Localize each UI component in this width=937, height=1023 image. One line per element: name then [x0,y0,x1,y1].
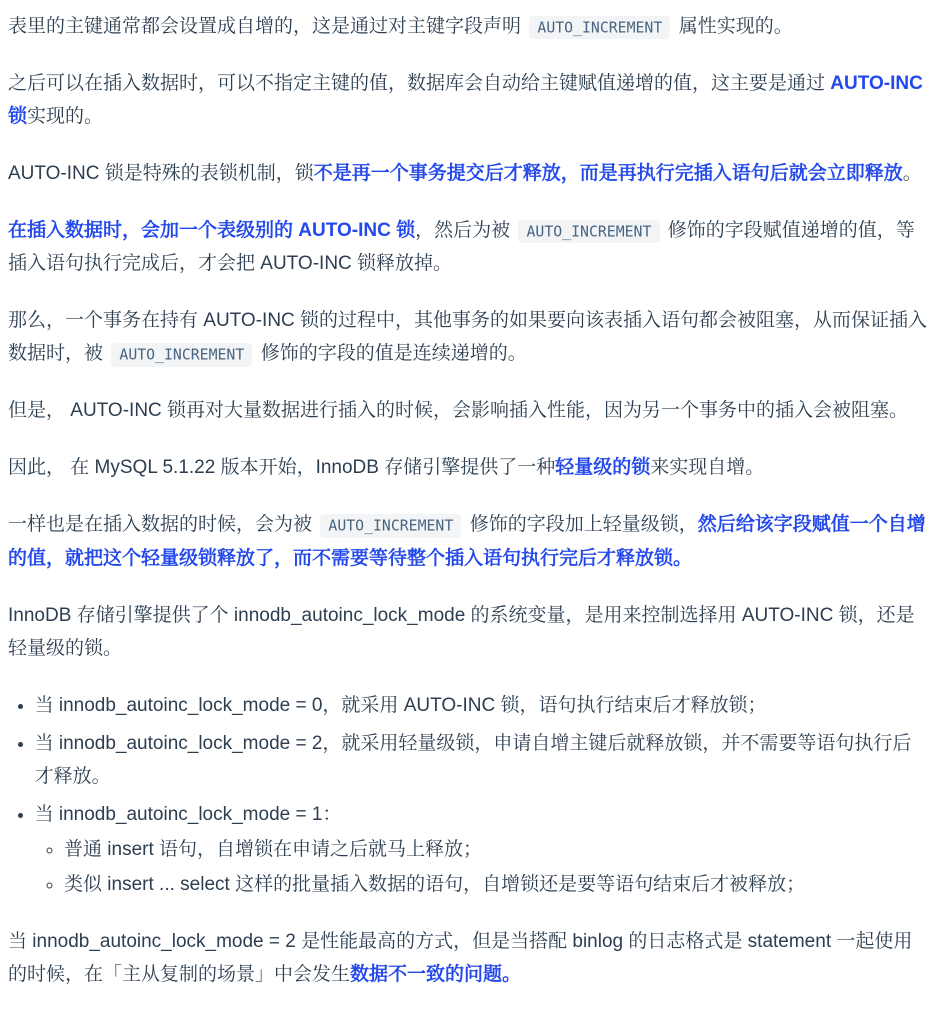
paragraph: 但是， AUTO-INC 锁再对大量数据进行插入的时候，会影响插入性能，因为另一… [8,394,929,427]
bullet-list: 当 innodb_autoinc_lock_mode = 0，就采用 AUTO-… [8,689,929,901]
paragraph: 因此， 在 MySQL 5.1.22 版本开始，InnoDB 存储引擎提供了一种… [8,451,929,484]
paragraph: 那么，一个事务在持有 AUTO-INC 锁的过程中，其他事务的如果要向该表插入语… [8,304,929,370]
text-segment: 普通 insert 语句，自增锁在申请之后就马上释放； [64,839,482,860]
inline-code: AUTO_INCREMENT [320,514,461,538]
text-segment: 因此， 在 MySQL 5.1.22 版本开始，InnoDB 存储引擎提供了一种 [8,457,555,478]
paragraph: InnoDB 存储引擎提供了个 innodb_autoinc_lock_mode… [8,599,929,665]
text-segment: 表里的主键通常都会设置成自增的，这是通过对主键字段声明 [8,16,526,37]
inline-code: AUTO_INCREMENT [111,343,252,367]
text-segment: 但是， AUTO-INC 锁再对大量数据进行插入的时候，会影响插入性能，因为另一… [8,400,908,421]
highlight-text: 数据不一致的问题。 [350,964,521,985]
text-segment: InnoDB 存储引擎提供了个 innodb_autoinc_lock_mode… [8,605,915,659]
text-segment: 一样也是在插入数据的时候，会为被 [8,514,317,535]
text-segment: 类似 insert ... select 这样的批量插入数据的语句，自增锁还是要… [64,874,805,895]
sub-list: 普通 insert 语句，自增锁在申请之后就马上释放；类似 insert ...… [35,833,929,901]
list-item: 当 innodb_autoinc_lock_mode = 1：普通 insert… [35,798,929,901]
text-segment: 当 innodb_autoinc_lock_mode = 1： [35,804,342,825]
text-segment: 修饰的字段的值是连续递增的。 [255,343,526,364]
text-segment: 之后可以在插入数据时，可以不指定主键的值，数据库会自动给主键赋值递增的值，这主要… [8,73,830,94]
text-segment: 来实现自增。 [650,457,764,478]
paragraph: AUTO-INC 锁是特殊的表锁机制，锁不是再一个事务提交后才释放，而是再执行完… [8,157,929,190]
paragraph: 之后可以在插入数据时，可以不指定主键的值，数据库会自动给主键赋值递增的值，这主要… [8,67,929,133]
paragraph: 表里的主键通常都会设置成自增的，这是通过对主键字段声明 AUTO_INCREME… [8,10,929,43]
sub-list-item: 类似 insert ... select 这样的批量插入数据的语句，自增锁还是要… [64,868,929,901]
list-item: 当 innodb_autoinc_lock_mode = 0，就采用 AUTO-… [35,689,929,722]
text-segment: 属性实现的。 [673,16,792,37]
text-segment: 。 [903,163,922,184]
text-segment: 当 innodb_autoinc_lock_mode = 2，就采用轻量级锁，申… [35,733,912,787]
highlight-text: 不是再一个事务提交后才释放，而是再执行完插入语句后就会立即释放 [314,163,903,184]
text-segment: 实现的。 [27,106,103,127]
article: 表里的主键通常都会设置成自增的，这是通过对主键字段声明 AUTO_INCREME… [0,0,937,991]
inline-code: AUTO_INCREMENT [518,220,659,244]
text-segment: 当 innodb_autoinc_lock_mode = 0，就采用 AUTO-… [35,695,767,716]
highlight-text: 轻量级的锁 [555,457,650,478]
text-segment: 修饰的字段加上轻量级锁， [464,514,697,535]
paragraph: 在插入数据时，会加一个表级别的 AUTO-INC 锁，然后为被 AUTO_INC… [8,214,929,280]
list-item: 当 innodb_autoinc_lock_mode = 2，就采用轻量级锁，申… [35,727,929,793]
text-segment: ，然后为被 [415,220,515,241]
highlight-text: 在插入数据时，会加一个表级别的 AUTO-INC 锁 [8,220,415,241]
text-segment: AUTO-INC 锁是特殊的表锁机制，锁 [8,163,314,184]
paragraph: 一样也是在插入数据的时候，会为被 AUTO_INCREMENT 修饰的字段加上轻… [8,508,929,574]
paragraph: 当 innodb_autoinc_lock_mode = 2 是性能最高的方式，… [8,925,929,991]
sub-list-item: 普通 insert 语句，自增锁在申请之后就马上释放； [64,833,929,866]
inline-code: AUTO_INCREMENT [529,16,670,40]
